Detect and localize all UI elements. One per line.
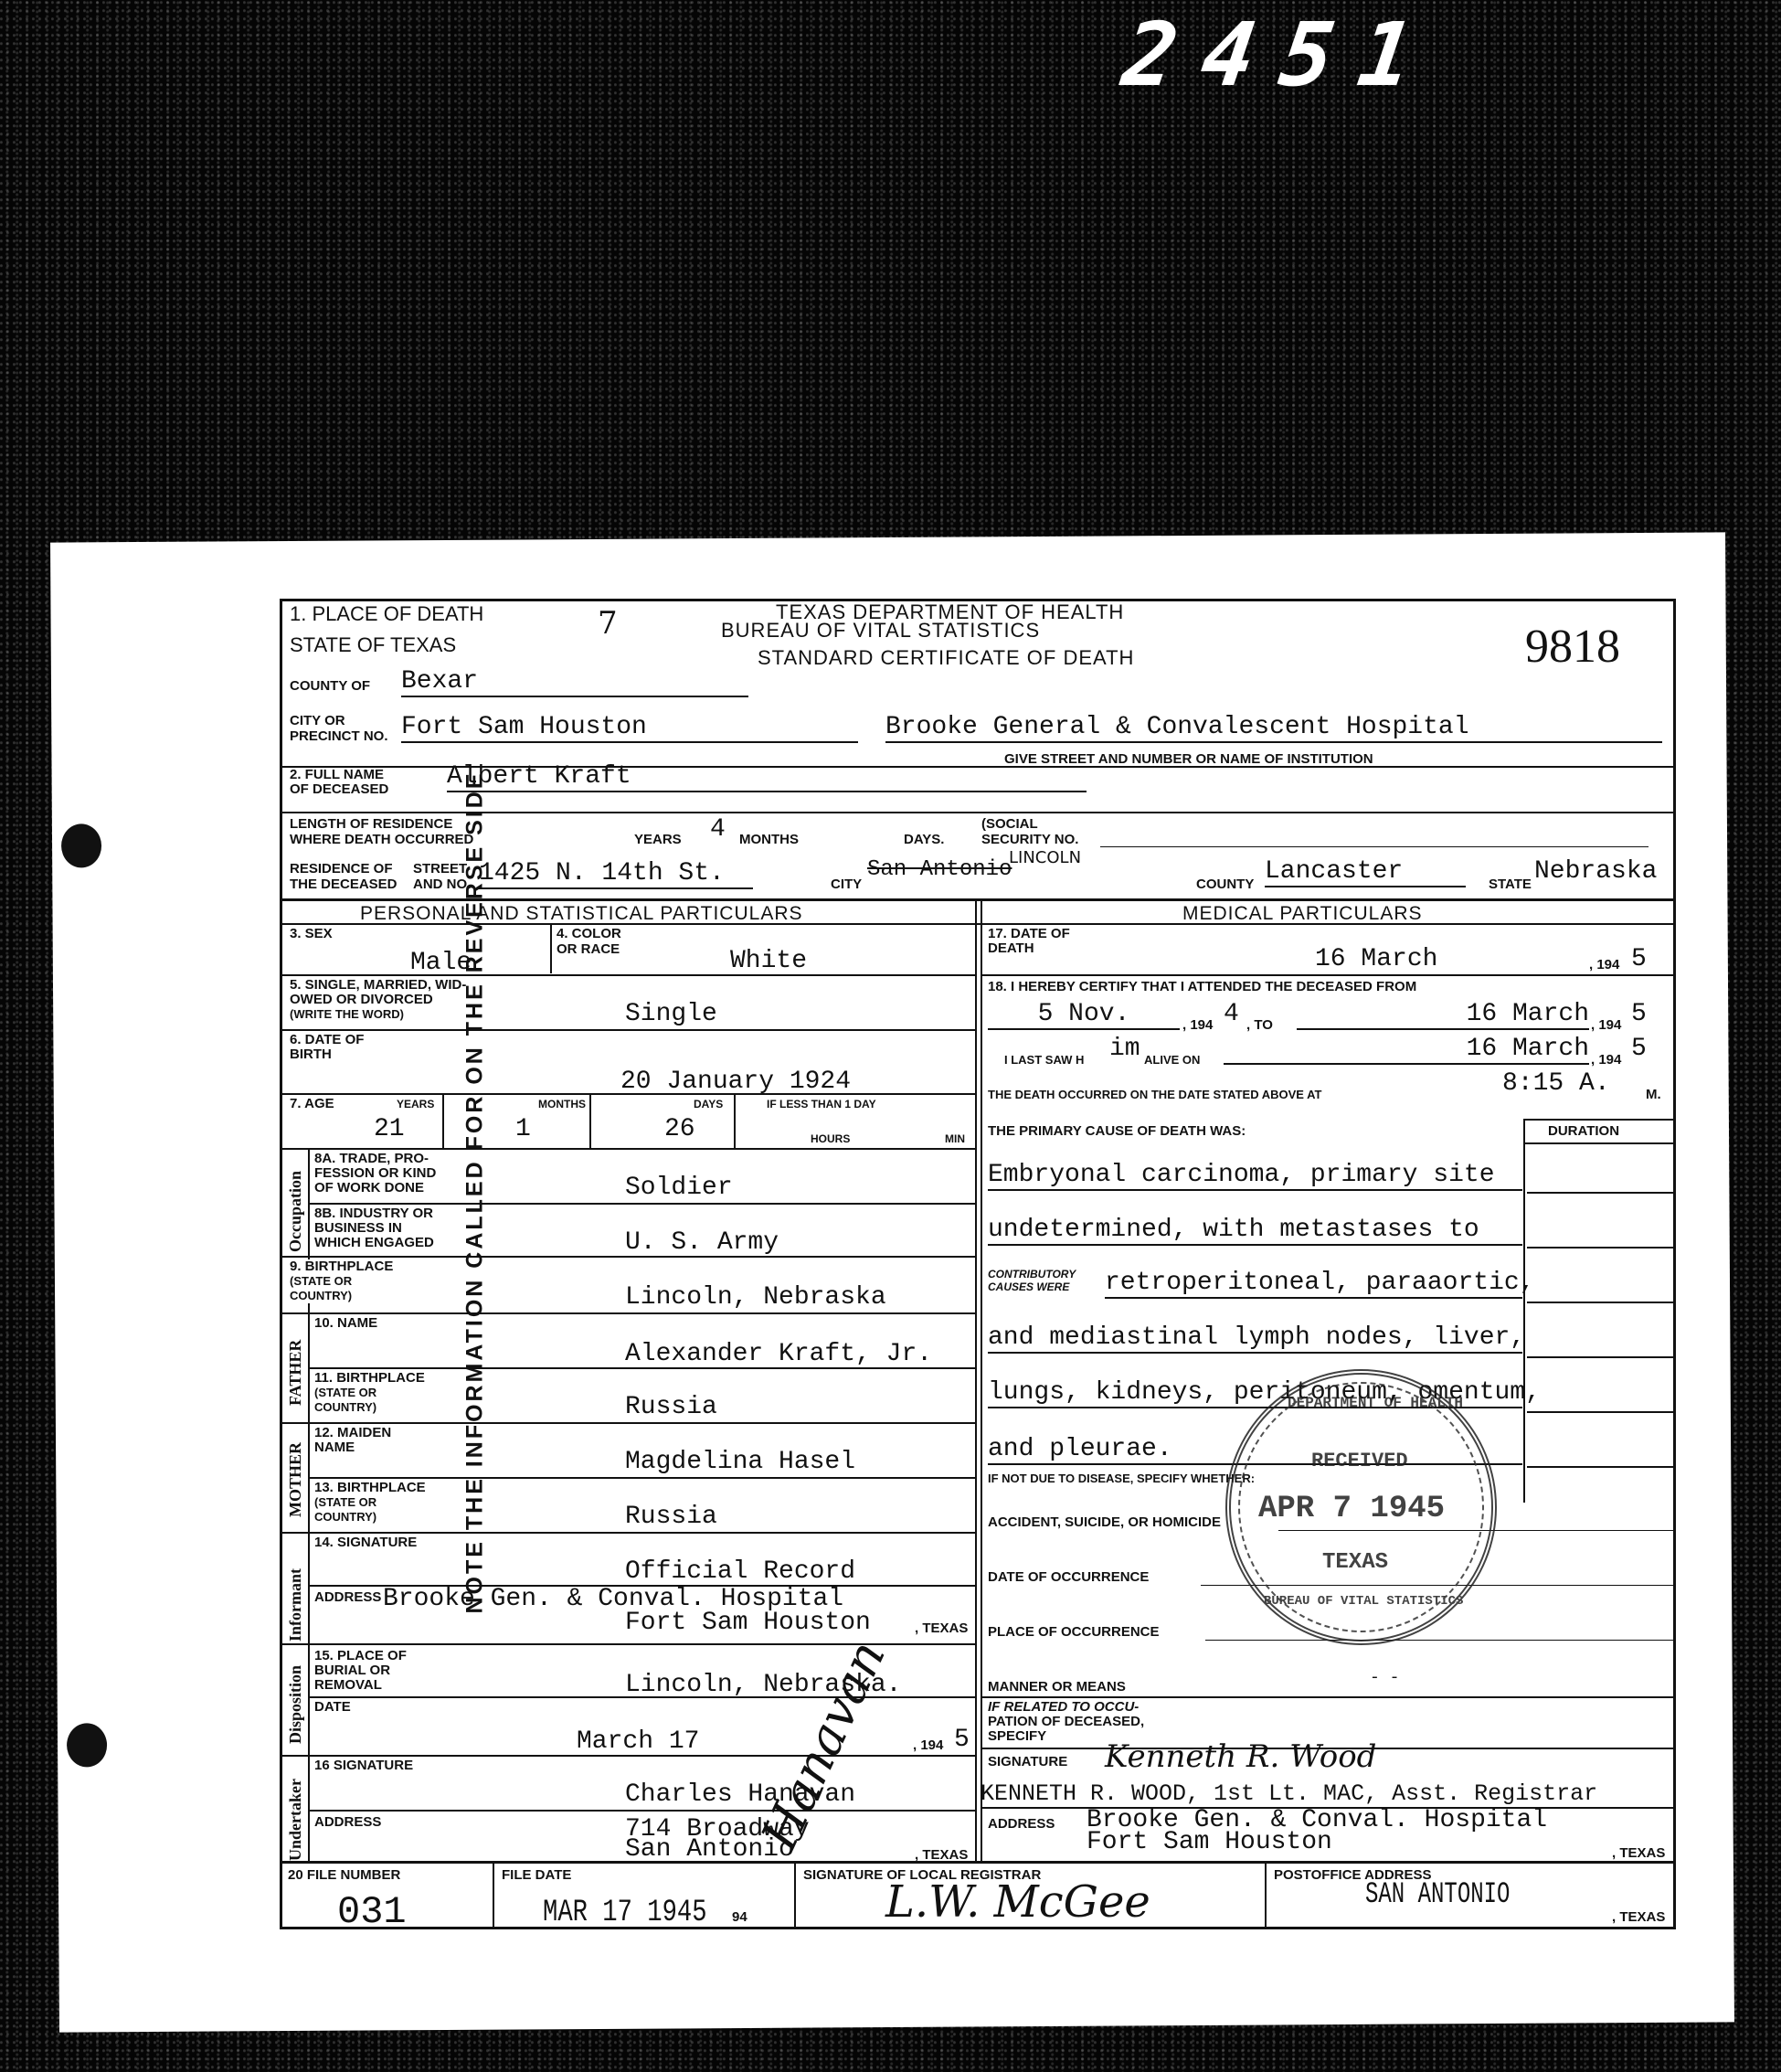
birthplace-label-1: 9. BIRTHPLACE (290, 1259, 393, 1274)
trade-label-1: 8A. TRADE, PRO- (314, 1152, 429, 1166)
divider (1523, 1119, 1673, 1121)
city-of-death-field: Fort Sam Houston (401, 713, 858, 743)
medical-signature: Kenneth R. Wood (1105, 1738, 1376, 1775)
death-certificate-form: 1. PLACE OF DEATH STATE OF TEXAS 7 TEXAS… (280, 599, 1676, 1929)
county-of-death-field: Bexar (401, 667, 748, 697)
divider (282, 974, 975, 976)
divider (282, 1532, 975, 1534)
min-label: MIN (945, 1132, 965, 1146)
industry-label-1: 8B. INDUSTRY OR (314, 1206, 433, 1221)
occupation-group-label: Occupation (286, 1171, 305, 1252)
father-birthplace-label-1: 11. BIRTHPLACE (314, 1371, 425, 1386)
duration-column-divider (1523, 1119, 1525, 1503)
medical-section-heading: MEDICAL PARTICULARS (1182, 903, 1423, 925)
birthplace-label-2: (STATE OR (290, 1274, 352, 1289)
duration-line (1527, 1411, 1673, 1413)
age-days-label: DAYS (694, 1097, 723, 1111)
burial-year-digit: 5 (954, 1726, 970, 1754)
file-date-field: MAR 17 1945 (543, 1896, 707, 1930)
disposition-group-label: Disposition (286, 1665, 305, 1744)
trade-field: Soldier (625, 1174, 733, 1202)
mother-birthplace-label-1: 13. BIRTHPLACE (314, 1481, 426, 1495)
last-saw-label-1: I LAST SAW H (1004, 1053, 1084, 1068)
mother-name-label-2: NAME (314, 1440, 355, 1455)
burial-date-label: DATE (314, 1700, 351, 1715)
residence-length-label-2: WHERE DEATH OCCURRED (290, 833, 473, 847)
dob-label-2: BIRTH (290, 1047, 332, 1062)
informant-signature-field: Official Record (625, 1557, 855, 1586)
attended-from-field: 5 Nov. (988, 1000, 1180, 1030)
residence-label-1: RESIDENCE OF (290, 862, 393, 877)
time-suffix: M. (1646, 1088, 1661, 1102)
punch-hole (67, 1723, 107, 1767)
medical-texas-label: , TEXAS (1612, 1846, 1665, 1861)
divider (308, 1367, 975, 1369)
divider (1523, 1142, 1673, 1144)
bureau-title: BUREAU OF VITAL STATISTICS (721, 620, 1040, 642)
birthplace-label-3: COUNTRY) (290, 1289, 352, 1303)
received-stamp: DEPARTMENT OF HEALTH RECEIVED APR 7 1945… (1225, 1369, 1497, 1645)
stamp-date: APR 7 1945 (1258, 1492, 1445, 1526)
divider (1265, 1863, 1267, 1927)
informant-address-label: ADDRESS (314, 1590, 381, 1605)
residence-city-label: CITY (831, 877, 862, 892)
state-of-texas-label: STATE OF TEXAS (290, 634, 456, 656)
burial-date-field: March 17 (577, 1727, 699, 1756)
marital-label-1: 5. SINGLE, MARRIED, WID- (290, 978, 466, 993)
undertaker-address-line-2: San Antonio (625, 1835, 794, 1864)
divider (308, 1477, 975, 1479)
residence-length-label-1: LENGTH OF RESIDENCE (290, 817, 452, 832)
date-of-birth-field: 20 January 1924 (620, 1068, 851, 1096)
handwritten-mark: 7 (598, 605, 618, 642)
duration-label: DURATION (1548, 1124, 1619, 1139)
attended-to-year-prefix: , 194 (1591, 1018, 1621, 1033)
cause-line-3: retroperitoneal, paraaortic, (1105, 1269, 1522, 1299)
burial-label-2: BURIAL OR (314, 1663, 390, 1678)
race-label-1: 4. COLOR (557, 927, 621, 941)
father-group-label: FATHER (286, 1340, 305, 1406)
residence-label-2: THE DECEASED (290, 877, 398, 892)
trade-label-3: OF WORK DONE (314, 1181, 424, 1195)
stamp-place: TEXAS (1322, 1550, 1388, 1575)
file-number-label: 20 FILE NUMBER (288, 1868, 400, 1883)
marital-label-3: (WRITE THE WORD) (290, 1007, 404, 1022)
stamp-received-text: RECEIVED (1311, 1450, 1408, 1472)
burial-year-prefix: , 194 (913, 1738, 943, 1753)
county-label: COUNTY OF (290, 679, 370, 694)
duration-line (1527, 1247, 1673, 1249)
divider (282, 1422, 975, 1424)
manner-label: MANNER OR MEANS (988, 1680, 1126, 1695)
not-disease-label: IF NOT DUE TO DISEASE, SPECIFY WHETHER: (988, 1472, 1255, 1486)
cause-line-1: Embryonal carcinoma, primary site (988, 1161, 1522, 1191)
days-label: DAYS. (904, 833, 944, 847)
last-saw-label-2: ALIVE ON (1144, 1053, 1200, 1068)
stamp-top-text: DEPARTMENT OF HEALTH (1288, 1395, 1463, 1411)
dod-label-2: DEATH (988, 941, 1034, 956)
attended-to-year-digit: 5 (1631, 1000, 1647, 1028)
months-label: MONTHS (739, 833, 799, 847)
father-birthplace-label-3: COUNTRY) (314, 1400, 376, 1415)
duration-line (1527, 1192, 1673, 1194)
divider (282, 1861, 1673, 1864)
residence-county-label: COUNTY (1196, 877, 1254, 892)
father-birthplace-label-2: (STATE OR (314, 1386, 376, 1400)
last-saw-pronoun: im (1109, 1035, 1140, 1063)
dod-year-digit: 5 (1631, 945, 1647, 973)
residence-street-field: 1425 N. 14th St. (479, 859, 753, 889)
dod-label-1: 17. DATE OF (988, 927, 1070, 941)
age-years-field: 21 (374, 1115, 405, 1143)
mother-birthplace-field: Russia (625, 1503, 717, 1531)
race-label-2: OR RACE (557, 942, 620, 957)
divider (442, 1093, 444, 1148)
name-label-1: 2. FULL NAME (290, 768, 384, 782)
divider (493, 1863, 494, 1927)
to-label: , TO (1246, 1018, 1273, 1033)
age-days-field: 26 (664, 1115, 695, 1143)
sex-label: 3. SEX (290, 927, 333, 941)
burial-label-1: 15. PLACE OF (314, 1649, 407, 1663)
cause-line-2: undetermined, with metastases to (988, 1216, 1522, 1246)
occupation-related-label-3: SPECIFY (988, 1729, 1046, 1744)
undertaker-signature-label: 16 SIGNATURE (314, 1759, 413, 1773)
attended-from-year-digit: 4 (1224, 1000, 1239, 1028)
attended-to-field: 16 March (1297, 1000, 1589, 1030)
date-of-death-field: 16 March (1315, 945, 1437, 973)
divider (550, 923, 552, 973)
divider (282, 1256, 975, 1258)
ssn-label-1: (SOCIAL (981, 817, 1038, 832)
street-label-2: AND NO. (413, 877, 471, 892)
age-years-label: YEARS (397, 1097, 434, 1111)
column-divider (975, 901, 977, 1861)
street-label-1: STREET (413, 862, 467, 877)
registrar-signature: L.W. McGee (885, 1876, 1150, 1928)
divider (794, 1863, 796, 1927)
city-label-2: PRECINCT NO. (290, 729, 388, 744)
document-stamp-number: 2451 (1117, 4, 1445, 106)
years-label: YEARS (634, 833, 682, 847)
medical-address-line-2: Fort Sam Houston (1087, 1828, 1332, 1856)
informant-address-line-2: Fort Sam Houston (625, 1609, 871, 1637)
time-of-death-field: 8:15 A. (1502, 1069, 1610, 1098)
divider (308, 1203, 975, 1205)
father-name-label: 10. NAME (314, 1316, 377, 1331)
father-birthplace-field: Russia (625, 1393, 717, 1421)
file-date-label: FILE DATE (502, 1868, 571, 1883)
file-date-suffix: 94 (732, 1910, 747, 1925)
burial-label-3: REMOVAL (314, 1678, 382, 1693)
divider (282, 923, 1673, 925)
age-months-field: 1 (515, 1115, 531, 1143)
date-occurrence-label: DATE OF OCCURRENCE (988, 1570, 1149, 1585)
marital-status-field: Single (625, 1000, 717, 1028)
trade-label-2: FESSION OR KIND (314, 1166, 436, 1181)
divider (282, 1148, 975, 1150)
residence-city-handwritten: LINCOLN (1009, 848, 1081, 867)
sex-field: Male (410, 949, 472, 977)
cause-line-4: and mediastinal lymph nodes, liver, (988, 1323, 1522, 1354)
duration-line (1527, 1302, 1673, 1303)
ssn-label-2: SECURITY NO. (981, 833, 1078, 847)
occupation-related-label-2: PATION OF DECEASED, (988, 1715, 1144, 1729)
residence-months-field: 4 (710, 815, 726, 844)
divider (734, 1093, 736, 1148)
industry-label-3: WHICH ENGAGED (314, 1236, 434, 1250)
mother-name-field: Magdelina Hasel (625, 1448, 855, 1476)
deceased-name-field: Albert Kraft (447, 762, 1087, 792)
last-saw-year-prefix: , 194 (1591, 1053, 1621, 1068)
mother-group-label: MOTHER (286, 1442, 305, 1517)
undertaker-address-label: ADDRESS (314, 1815, 381, 1830)
personal-section-heading: PERSONAL AND STATISTICAL PARTICULARS (360, 903, 803, 925)
hours-label: HOURS (811, 1132, 850, 1146)
attended-from-year-prefix: , 194 (1182, 1018, 1213, 1033)
dob-label-1: 6. DATE OF (290, 1033, 364, 1047)
informant-group-label: Informant (286, 1568, 305, 1642)
industry-field: U. S. Army (625, 1228, 779, 1257)
column-divider (981, 901, 982, 1861)
divider (282, 1093, 975, 1095)
medical-signer-field: KENNETH R. WOOD, 1st Lt. MAC, Asst. Regi… (981, 1780, 1673, 1809)
duration-line (1527, 1466, 1673, 1468)
divider (282, 1755, 975, 1757)
time-of-death-label: THE DEATH OCCURRED ON THE DATE STATED AB… (988, 1088, 1321, 1102)
mother-birthplace-label-2: (STATE OR (314, 1495, 376, 1510)
residence-state-field: Nebraska (1534, 857, 1657, 886)
industry-label-2: BUSINESS IN (314, 1221, 402, 1236)
divider (282, 812, 1673, 813)
age-label: 7. AGE (290, 1097, 334, 1111)
marital-label-2: OWED OR DIVORCED (290, 993, 433, 1007)
certificate-subtitle: STANDARD CERTIFICATE OF DEATH (758, 647, 1134, 669)
divider (282, 1312, 975, 1314)
city-label-1: CITY OR (290, 714, 345, 728)
place-of-death-label: 1. PLACE OF DEATH (290, 603, 483, 625)
mother-birthplace-label-3: COUNTRY) (314, 1510, 376, 1525)
occupation-related-label-1: IF RELATED TO OCCU- (988, 1700, 1139, 1715)
accident-label: ACCIDENT, SUICIDE, OR HOMICIDE (988, 1515, 1221, 1530)
name-label-2: OF DECEASED (290, 782, 388, 797)
mother-name-label-1: 12. MAIDEN (314, 1426, 391, 1440)
divider (282, 898, 1673, 901)
residence-county-field: Lancaster (1265, 857, 1466, 887)
place-occurrence-label: PLACE OF OCCURRENCE (988, 1625, 1160, 1640)
postoffice-texas-label: , TEXAS (1612, 1910, 1665, 1925)
dod-year-prefix: , 194 (1589, 958, 1619, 972)
race-field: White (730, 947, 807, 975)
punch-hole (61, 823, 101, 867)
residence-state-label: STATE (1489, 877, 1532, 892)
residence-city-struck: San Antonio (867, 857, 1012, 882)
certify-label: 18. I HEREBY CERTIFY THAT I ATTENDED THE… (988, 980, 1416, 994)
informant-signature-label: 14. SIGNATURE (314, 1535, 417, 1550)
place-occurrence-field (1205, 1640, 1673, 1641)
postoffice-field: SAN ANTONIO (1365, 1877, 1510, 1911)
medical-address-label: ADDRESS (988, 1817, 1055, 1832)
medical-signature-label: SIGNATURE (988, 1755, 1067, 1769)
undertaker-group-label: Undertaker (286, 1779, 305, 1861)
last-saw-year-digit: 5 (1631, 1035, 1647, 1063)
ssn-field (1100, 846, 1648, 847)
informant-texas-label: , TEXAS (915, 1621, 968, 1636)
birthplace-field: Lincoln, Nebraska (625, 1283, 886, 1312)
certificate-number: 9818 (1525, 620, 1620, 674)
divider (981, 1696, 1673, 1698)
divider (282, 1029, 975, 1031)
institution-field: Brooke General & Convalescent Hospital (885, 713, 1662, 743)
divider (981, 974, 1673, 976)
divider (308, 1810, 975, 1812)
manner-value: - - (1370, 1669, 1399, 1687)
contributory-label-2: CAUSES WERE (988, 1280, 1069, 1294)
father-name-field: Alexander Kraft, Jr. (625, 1340, 932, 1368)
group-divider (308, 1148, 310, 1861)
primary-cause-label: THE PRIMARY CAUSE OF DEATH WAS: (988, 1124, 1246, 1139)
last-saw-date-field: 16 March (1224, 1035, 1589, 1065)
duration-line (1527, 1356, 1673, 1358)
file-number-field: 031 (337, 1890, 407, 1934)
stamp-bottom-text: BUREAU OF VITAL STATISTICS (1264, 1594, 1463, 1609)
less-than-day-label: IF LESS THAN 1 DAY (767, 1097, 876, 1111)
divider (589, 1093, 591, 1148)
age-months-label: MONTHS (538, 1097, 586, 1111)
